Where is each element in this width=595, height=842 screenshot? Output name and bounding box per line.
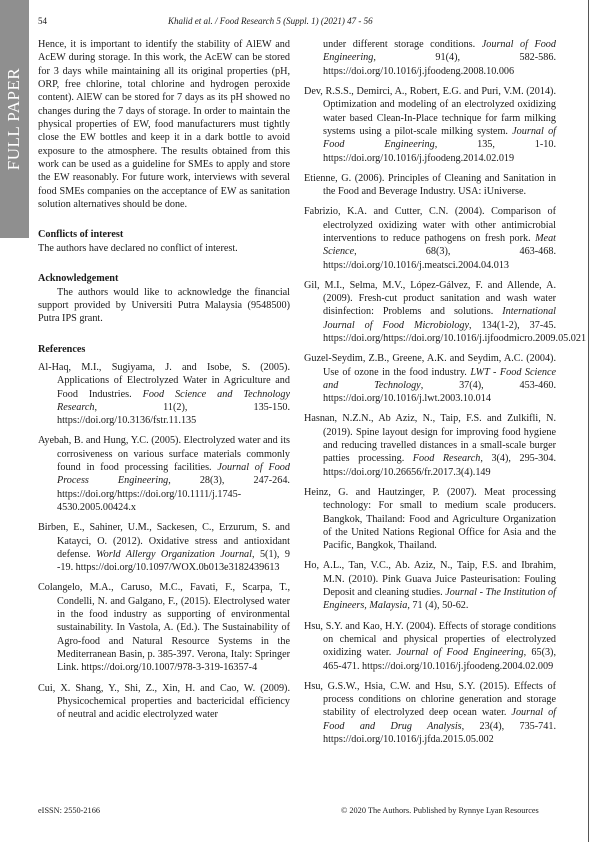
- side-tab-label: FULL PAPER: [5, 68, 25, 170]
- running-title: Khalid et al. / Food Research 5 (Suppl. …: [168, 16, 373, 26]
- footer-copyright: © 2020 The Authors. Published by Rynnye …: [341, 806, 539, 815]
- reference-continuation: under different storage conditions. Jour…: [304, 38, 556, 78]
- reference-list-left: Al-Haq, M.I., Sugiyama, J. and Isobe, S.…: [38, 361, 290, 722]
- reference-item: Hsu, G.S.W., Hsia, C.W. and Hsu, S.Y. (2…: [304, 680, 556, 747]
- reference-item: Fabrizio, K.A. and Cutter, C.N. (2004). …: [304, 205, 556, 272]
- acknowledgement-text: The authors would like to acknowledge th…: [38, 286, 290, 326]
- reference-item: Heinz, G. and Hautzinger, P. (2007). Mea…: [304, 486, 556, 553]
- reference-item: Birben, E., Sahiner, U.M., Sackesen, C.,…: [38, 521, 290, 574]
- reference-item: Ayebah, B. and Hung, Y.C. (2005). Electr…: [38, 434, 290, 514]
- reference-item: Hsu, S.Y. and Kao, H.Y. (2004). Effects …: [304, 620, 556, 673]
- page-number: 54: [38, 16, 47, 26]
- reference-item: Ho, A.L., Tan, V.C., Ab. Aziz, N., Taip,…: [304, 559, 556, 612]
- reference-item: Gil, M.I., Selma, M.V., López-Gálvez, F.…: [304, 279, 556, 346]
- acknowledgement-heading: Acknowledgement: [38, 272, 290, 285]
- reference-item: Etienne, G. (2006). Principles of Cleani…: [304, 172, 556, 199]
- page-header: 54 Khalid et al. / Food Research 5 (Supp…: [38, 16, 558, 30]
- reference-item: Dev, R.S.S., Demirci, A., Robert, E.G. a…: [304, 85, 556, 165]
- conflicts-heading: Conflicts of interest: [38, 228, 290, 241]
- right-column: under different storage conditions. Jour…: [304, 38, 556, 753]
- reference-item: Colangelo, M.A., Caruso, M.C., Favati, F…: [38, 581, 290, 674]
- reference-item: Hasnan, N.Z.N., Ab Aziz, N., Taip, F.S. …: [304, 412, 556, 479]
- conflicts-text: The authors have declared no conflict of…: [38, 242, 290, 255]
- left-column: Hence, it is important to identify the s…: [38, 38, 290, 728]
- conclusion-paragraph: Hence, it is important to identify the s…: [38, 38, 290, 211]
- page-edge-border: [588, 0, 589, 842]
- reference-item: Cui, X. Shang, Y., Shi, Z., Xin, H. and …: [38, 682, 290, 722]
- footer-issn: eISSN: 2550-2166: [38, 806, 100, 815]
- references-heading: References: [38, 343, 290, 356]
- reference-item: Guzel-Seydim, Z.B., Greene, A.K. and Sey…: [304, 352, 556, 405]
- reference-item: Al-Haq, M.I., Sugiyama, J. and Isobe, S.…: [38, 361, 290, 428]
- full-paper-side-tab: FULL PAPER: [0, 0, 29, 238]
